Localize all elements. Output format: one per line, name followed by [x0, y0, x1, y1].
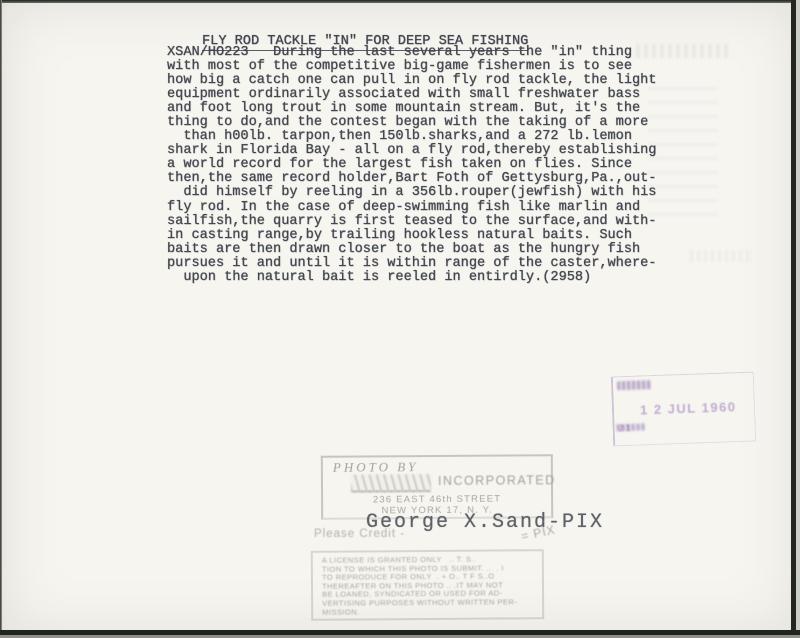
scan-edge-right-margin: [796, 0, 800, 638]
incorporated-label: INCORPORATED: [438, 473, 556, 488]
license-line: MISSION.: [322, 607, 542, 617]
press-photo-back-scan: FLY ROD TACKLE "IN" FOR DEEP SEA FISHING…: [0, 0, 800, 638]
date-stamp-illegible-top-fragment: [617, 380, 651, 390]
date-stamp-number: 21: [618, 423, 632, 433]
agency-address-stamp: PHOTO BY INCORPORATED 236 EAST 46th STRE…: [321, 454, 553, 520]
agency-logo-illegible: [351, 474, 431, 493]
scan-edge-left: [0, 0, 2, 638]
received-date-stamp: 1 2 JUL 1960 21: [611, 372, 756, 447]
scan-ghost-artifact: [690, 250, 750, 262]
license-terms-stamp: A LICENSE IS GRANTED ONLY .. T. S.. TION…: [311, 549, 544, 621]
date-stamp-date: 1 2 JUL 1960: [640, 399, 750, 418]
caption-body-text: XSAN/HO223 During the last several years…: [167, 46, 656, 285]
scan-edge-top: [0, 0, 800, 3]
please-credit-label: Please Credit -: [314, 528, 405, 540]
scan-ghost-artifact: [648, 86, 718, 216]
